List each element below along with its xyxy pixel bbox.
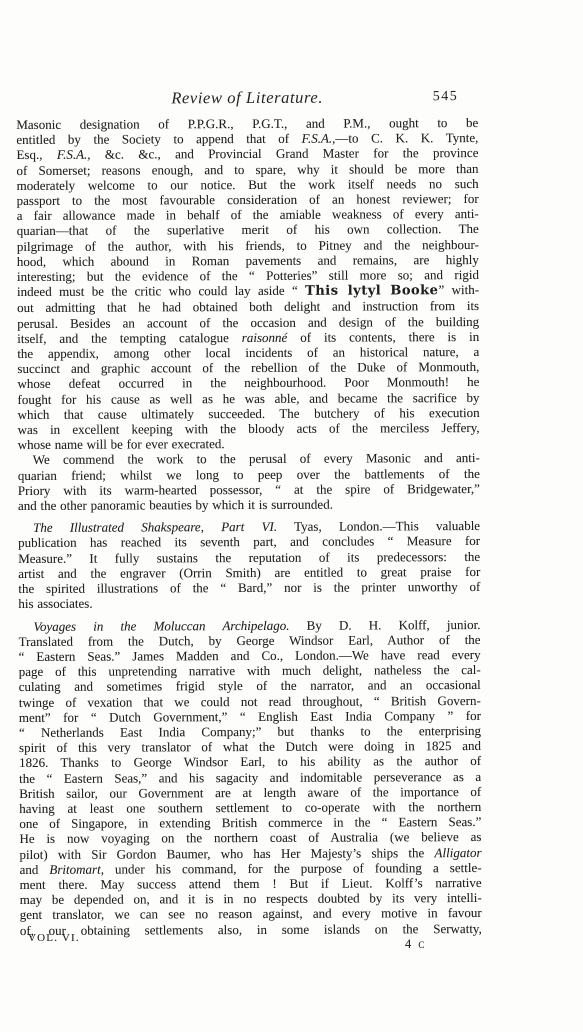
text-run: pilgrimage of the author, with his frien… — [17, 237, 479, 254]
text-run: of, our obtaining settlements also, in s… — [20, 921, 482, 938]
page-content: Review of Literature. 545 Masonic design… — [16, 87, 482, 938]
text-run: his associates. — [18, 596, 92, 611]
text-run: British sailor, our Government are at le… — [19, 784, 481, 801]
text-run: a fair allowance made in behalf of the a… — [17, 206, 479, 223]
text-run: the appendix, among other local incident… — [17, 344, 479, 361]
paragraph: The Illustrated Shakspeare, Part VI. Tya… — [18, 518, 480, 611]
text-run: indeed must be the critic who could lay … — [17, 283, 305, 299]
text-line: was in excellent keeping with the bloody… — [18, 420, 480, 437]
text-run: entitled by the Society to append that o… — [16, 131, 301, 147]
text-line: his associates. — [18, 594, 480, 611]
text-run: —to C. K. K. Tynte, — [335, 130, 478, 146]
text-run: of its contents, there is in — [287, 329, 479, 345]
text-run: We commend the work to the perusal of ev… — [33, 450, 480, 467]
text-run: and — [20, 862, 50, 877]
italic-text: Britomart, — [49, 861, 104, 876]
text-run: publication has reached its seventh part… — [18, 533, 480, 550]
text-run: one of Singapore, in extending British c… — [19, 814, 481, 831]
text-run: whose defeat occurred in the neighbourho… — [17, 374, 479, 391]
text-run: page of this unpretending narrative with… — [19, 662, 481, 679]
text-line: indeed must be the critic who could lay … — [17, 282, 479, 300]
paragraph: We commend the work to the perusal of ev… — [18, 450, 480, 513]
italic-text: F.S.A., — [302, 131, 336, 146]
paragraph: Voyages in the Moluccan Archipelago. By … — [18, 616, 481, 937]
text-run: gent translator, we can see no reason ag… — [20, 905, 482, 922]
text-run: culating and sometimes frigid style of t… — [19, 677, 481, 694]
text-run: may be depended on, and it is in no resp… — [20, 890, 482, 907]
text-run: twinge of vexation that we could not rea… — [19, 693, 481, 710]
text-run: quarian—that of the superlative merit of… — [17, 221, 479, 238]
text-run: ” with- — [438, 282, 479, 297]
text-run: By D. H. Kolff, junior. — [289, 616, 480, 632]
italic-text: raisonné — [242, 330, 288, 345]
text-run: Masonic designation of P.P.G.R., P.G.T.,… — [16, 115, 478, 132]
italic-text: The Illustrated Shakspeare, Part VI. — [33, 519, 277, 535]
page-body: Masonic designation of P.P.G.R., P.G.T.,… — [16, 115, 482, 938]
text-run: Tyas, London.—This valuable — [277, 518, 480, 534]
text-run: Measure.” It fully sustains the reputati… — [18, 549, 480, 566]
italic-text: F.S.A., — [57, 147, 91, 162]
text-run: Translated from the Dutch, by George Win… — [19, 632, 481, 649]
text-run: “ Eastern Seas.” James Madden and Co., L… — [19, 647, 481, 664]
text-run: Esq., — [16, 147, 56, 162]
text-line: the spirited illustrations of the “ Bard… — [18, 579, 480, 596]
text-line: and the other panoramic beauties by whic… — [18, 496, 480, 513]
signature-mark: 4 c — [405, 937, 426, 952]
text-run: whose name will be for ever execrated. — [18, 436, 225, 452]
volume-label: VOL. VI. — [28, 932, 80, 944]
text-run: under his command, for the purpose of fo… — [104, 860, 482, 877]
text-run: hood, which abound in Roman pavements an… — [17, 252, 479, 269]
text-run: interesting; but the evidence of the “ P… — [17, 267, 479, 284]
text-run: pilot) with Sir Gordon Baumer, who has H… — [19, 845, 434, 862]
running-header: Review of Literature. 545 — [16, 87, 478, 109]
page-number: 545 — [433, 89, 459, 105]
text-run: ment” for “ Dutch Government,” “ English… — [19, 708, 481, 725]
blackletter-phrase: This lytyl Booke — [305, 283, 438, 299]
text-run: having at least one southern settlement … — [19, 799, 481, 816]
text-line: of, our obtaining settlements also, in s… — [20, 921, 482, 938]
text-run: quarian friend; whilst we long to peep o… — [18, 466, 480, 483]
paragraph: Masonic designation of P.P.G.R., P.G.T.,… — [16, 115, 479, 452]
text-run: which that cause ultimately succeeded. T… — [18, 405, 480, 422]
italic-text: Alligator — [434, 845, 481, 860]
text-run: and the other panoramic beauties by whic… — [18, 497, 333, 513]
text-run: “ Netherlands East India Company;” but t… — [19, 723, 481, 740]
text-run: was in excellent keeping with the bloody… — [18, 420, 480, 437]
text-run: perusal. Besides an account of the occas… — [17, 314, 479, 331]
text-run: He is now voyaging on the northern coast… — [19, 829, 481, 846]
text-run: moderately welcome to our notice. But th… — [17, 176, 479, 193]
text-run: passport to the most favourable consider… — [17, 191, 479, 208]
text-run: of Somerset; reasons enough, and to spar… — [16, 161, 478, 178]
text-run: 1826. Thanks to George Windsor Earl, to … — [19, 753, 481, 770]
text-run: succinct and graphic account of the rebe… — [17, 359, 479, 376]
text-run: ment there. May success attend them ! Bu… — [20, 875, 482, 892]
text-run: fought for his cause as well as he was a… — [17, 390, 479, 407]
text-run: &c. &c., and Provincial Grand Master for… — [90, 145, 478, 162]
text-run: Priory with its warm-hearted possessor, … — [18, 481, 480, 498]
text-run: out admitting that he had obtained both … — [17, 298, 479, 315]
text-run: artist and the engraver (Orrin Smith) ar… — [18, 564, 480, 581]
running-header-title: Review of Literature. — [16, 87, 478, 109]
text-line: Priory with its warm-hearted possessor, … — [18, 481, 480, 498]
text-run: spirit of this very translator of what t… — [19, 738, 481, 755]
italic-text: Voyages in the Moluccan Archipelago. — [33, 617, 289, 633]
text-run: the “ Eastern Seas,” and his sagacity an… — [19, 769, 481, 786]
text-run: the spirited illustrations of the “ Bard… — [18, 579, 480, 596]
text-run: itself, and the tempting catalogue — [17, 330, 242, 346]
document-page: Review of Literature. 545 Masonic design… — [0, 0, 583, 1032]
